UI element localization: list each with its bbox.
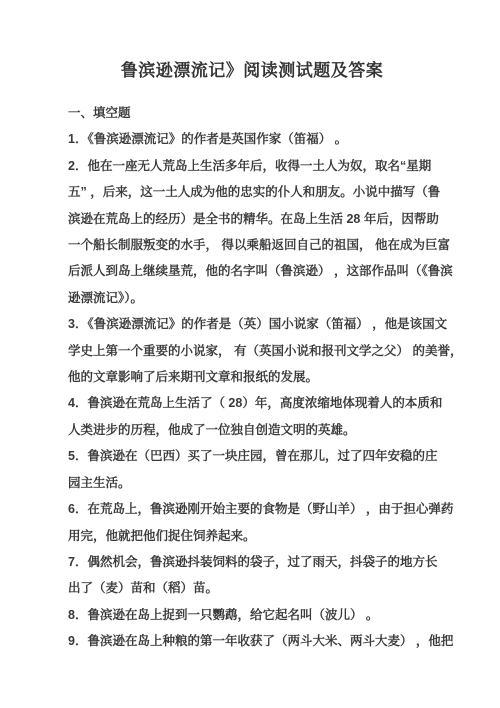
text-line: 8．鲁滨逊在岛上捉到一只鹦鹉，给它起名叫（波儿） 。 — [68, 602, 436, 628]
text-line: 滨逊在荒岛上的经历）是全书的精华。在岛上生活 28 年后，因帮助 — [68, 206, 436, 232]
text-line: 学史上第一个重要的小说家， 有（英国小说和报刊文学之父） 的美誉， — [68, 338, 436, 364]
section-heading: 一、填空题 — [68, 100, 436, 126]
document-page: 鲁滨逊漂流记》阅读测试题及答案 一、填空题 1．《鲁滨逊漂流记》的作者是英国作家… — [0, 0, 500, 708]
text-line: 1．《鲁滨逊漂流记》的作者是英国作家（笛福） 。 — [68, 126, 436, 152]
text-line: 他的文章影响了后来期刊文章和报纸的发展。 — [68, 364, 436, 390]
text-line: 一个船长制服叛变的水手， 得以乘船返回自己的祖国， 他在成为巨富 — [68, 232, 436, 258]
text-line: 出了（麦）苗和（稻）苗。 — [68, 575, 436, 601]
text-line: 园主生活。 — [68, 470, 436, 496]
text-line: 9．鲁滨逊在岛上种粮的第一年收获了（两斗大米、两斗大麦） ，他把 — [68, 628, 436, 654]
text-line: 3．《鲁滨逊漂流记》的作者是（英）国小说家（笛福） ，他是该国文 — [68, 311, 436, 337]
text-line: 7．偶然机会，鲁滨逊抖装饲料的袋子，过了雨天，抖袋子的地方长 — [68, 549, 436, 575]
text-line: 6．在荒岛上，鲁滨逊刚开始主要的食物是（野山羊） ，由于担心弹药 — [68, 496, 436, 522]
text-line: 用完，他就把他们捉住饲养起来。 — [68, 523, 436, 549]
document-title: 鲁滨逊漂流记》阅读测试题及答案 — [68, 59, 436, 83]
text-line: 2．他在一座无人荒岛上生活多年后，收得一土人为奴，取名“星期 — [68, 153, 436, 179]
text-line: 4．鲁滨逊在荒岛上生活了（ 28）年，高度浓缩地体现着人的本质和 — [68, 390, 436, 416]
text-line: 后派人到岛上继续垦荒，他的名字叫（鲁滨逊） ，这部作品叫（《鲁滨 — [68, 258, 436, 284]
document-body: 1．《鲁滨逊漂流记》的作者是英国作家（笛福） 。2．他在一座无人荒岛上生活多年后… — [68, 126, 436, 654]
text-line: 五” ，后来，这一土人成为他的忠实的仆人和朋友。小说中描写（鲁 — [68, 179, 436, 205]
text-line: 5．鲁滨逊在（巴西）买了一块庄园，曾在那儿，过了四年安稳的庄 — [68, 443, 436, 469]
text-line: 逊漂流记》）。 — [68, 285, 436, 311]
text-line: 人类进步的历程，他成了一位独自创造文明的英雄。 — [68, 417, 436, 443]
